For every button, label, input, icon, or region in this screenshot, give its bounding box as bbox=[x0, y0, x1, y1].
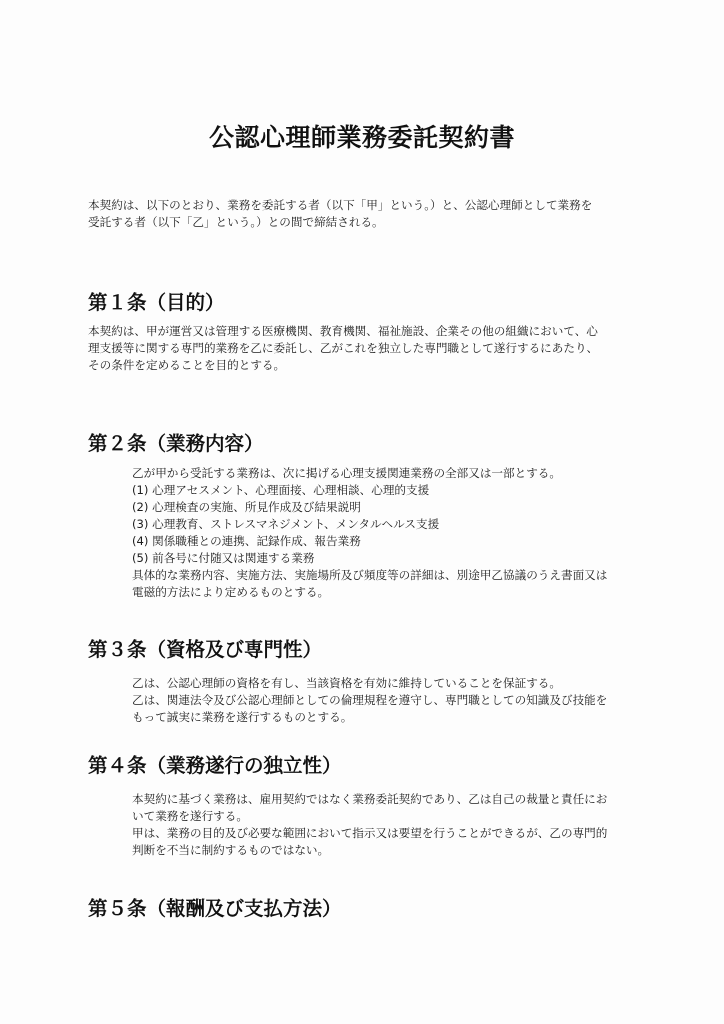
body-line: 判断を不当に制約するものではない。 bbox=[132, 842, 607, 859]
document-title: 公認心理師業務委託契約書 bbox=[0, 118, 724, 154]
preamble-line: 本契約は、以下のとおり、業務を委託する者（以下「甲」という。）と、公認心理師とし… bbox=[88, 197, 592, 214]
article-3-heading: 第３条（資格及び専門性） bbox=[88, 634, 322, 662]
body-line: 電磁的方法により定めるものとする。 bbox=[132, 584, 607, 601]
body-line: その条件を定めることを目的とする。 bbox=[88, 357, 598, 374]
list-item: (2) 心理検査の実施、所見作成及び結果説明 bbox=[132, 499, 607, 516]
preamble-line: 受託する者（以下「乙」という。）との間で締結される。 bbox=[88, 214, 592, 231]
article-5-heading: 第５条（報酬及び支払方法） bbox=[88, 893, 342, 921]
article-1-body: 本契約は、甲が運営又は管理する医療機関、教育機関、福祉施設、企業その他の組織にお… bbox=[88, 323, 598, 374]
body-line: 乙は、関連法令及び公認心理師としての倫理規程を遵守し、専門職としての知識及び技能… bbox=[132, 692, 607, 709]
body-line: 乙が甲から受託する業務は、次に掲げる心理支援関連業務の全部又は一部とする。 bbox=[132, 465, 607, 482]
article-1-heading: 第１条（目的） bbox=[88, 287, 225, 315]
body-line: もって誠実に業務を遂行するものとする。 bbox=[132, 709, 607, 726]
body-line: 乙は、公認心理師の資格を有し、当該資格を有効に維持していることを保証する。 bbox=[132, 675, 607, 692]
body-line: いて業務を遂行する。 bbox=[132, 808, 607, 825]
body-line: 甲は、業務の目的及び必要な範囲において指示又は要望を行うことができるが、乙の専門… bbox=[132, 825, 607, 842]
preamble: 本契約は、以下のとおり、業務を委託する者（以下「甲」という。）と、公認心理師とし… bbox=[88, 197, 592, 231]
article-4-heading: 第４条（業務遂行の独立性） bbox=[88, 750, 342, 778]
body-line: 本契約に基づく業務は、雇用契約ではなく業務委託契約であり、乙は自己の裁量と責任に… bbox=[132, 791, 607, 808]
article-3-body: 乙は、公認心理師の資格を有し、当該資格を有効に維持していることを保証する。 乙は… bbox=[132, 675, 607, 726]
body-line: 具体的な業務内容、実施方法、実施場所及び頻度等の詳細は、別途甲乙協議のうえ書面又… bbox=[132, 567, 607, 584]
article-4-body: 本契約に基づく業務は、雇用契約ではなく業務委託契約であり、乙は自己の裁量と責任に… bbox=[132, 791, 607, 859]
body-line: 理支援等に関する専門的業務を乙に委託し、乙がこれを独立した専門職として遂行するに… bbox=[88, 340, 598, 357]
document-page: 公認心理師業務委託契約書 本契約は、以下のとおり、業務を委託する者（以下「甲」と… bbox=[0, 0, 724, 1024]
list-item: (4) 関係職種との連携、記録作成、報告業務 bbox=[132, 533, 607, 550]
article-2-heading: 第２条（業務内容） bbox=[88, 428, 264, 456]
body-line: 本契約は、甲が運営又は管理する医療機関、教育機関、福祉施設、企業その他の組織にお… bbox=[88, 323, 598, 340]
list-item: (1) 心理アセスメント、心理面接、心理相談、心理的支援 bbox=[132, 482, 607, 499]
article-2-body: 乙が甲から受託する業務は、次に掲げる心理支援関連業務の全部又は一部とする。 (1… bbox=[132, 465, 607, 601]
list-item: (3) 心理教育、ストレスマネジメント、メンタルヘルス支援 bbox=[132, 516, 607, 533]
list-item: (5) 前各号に付随又は関連する業務 bbox=[132, 550, 607, 567]
